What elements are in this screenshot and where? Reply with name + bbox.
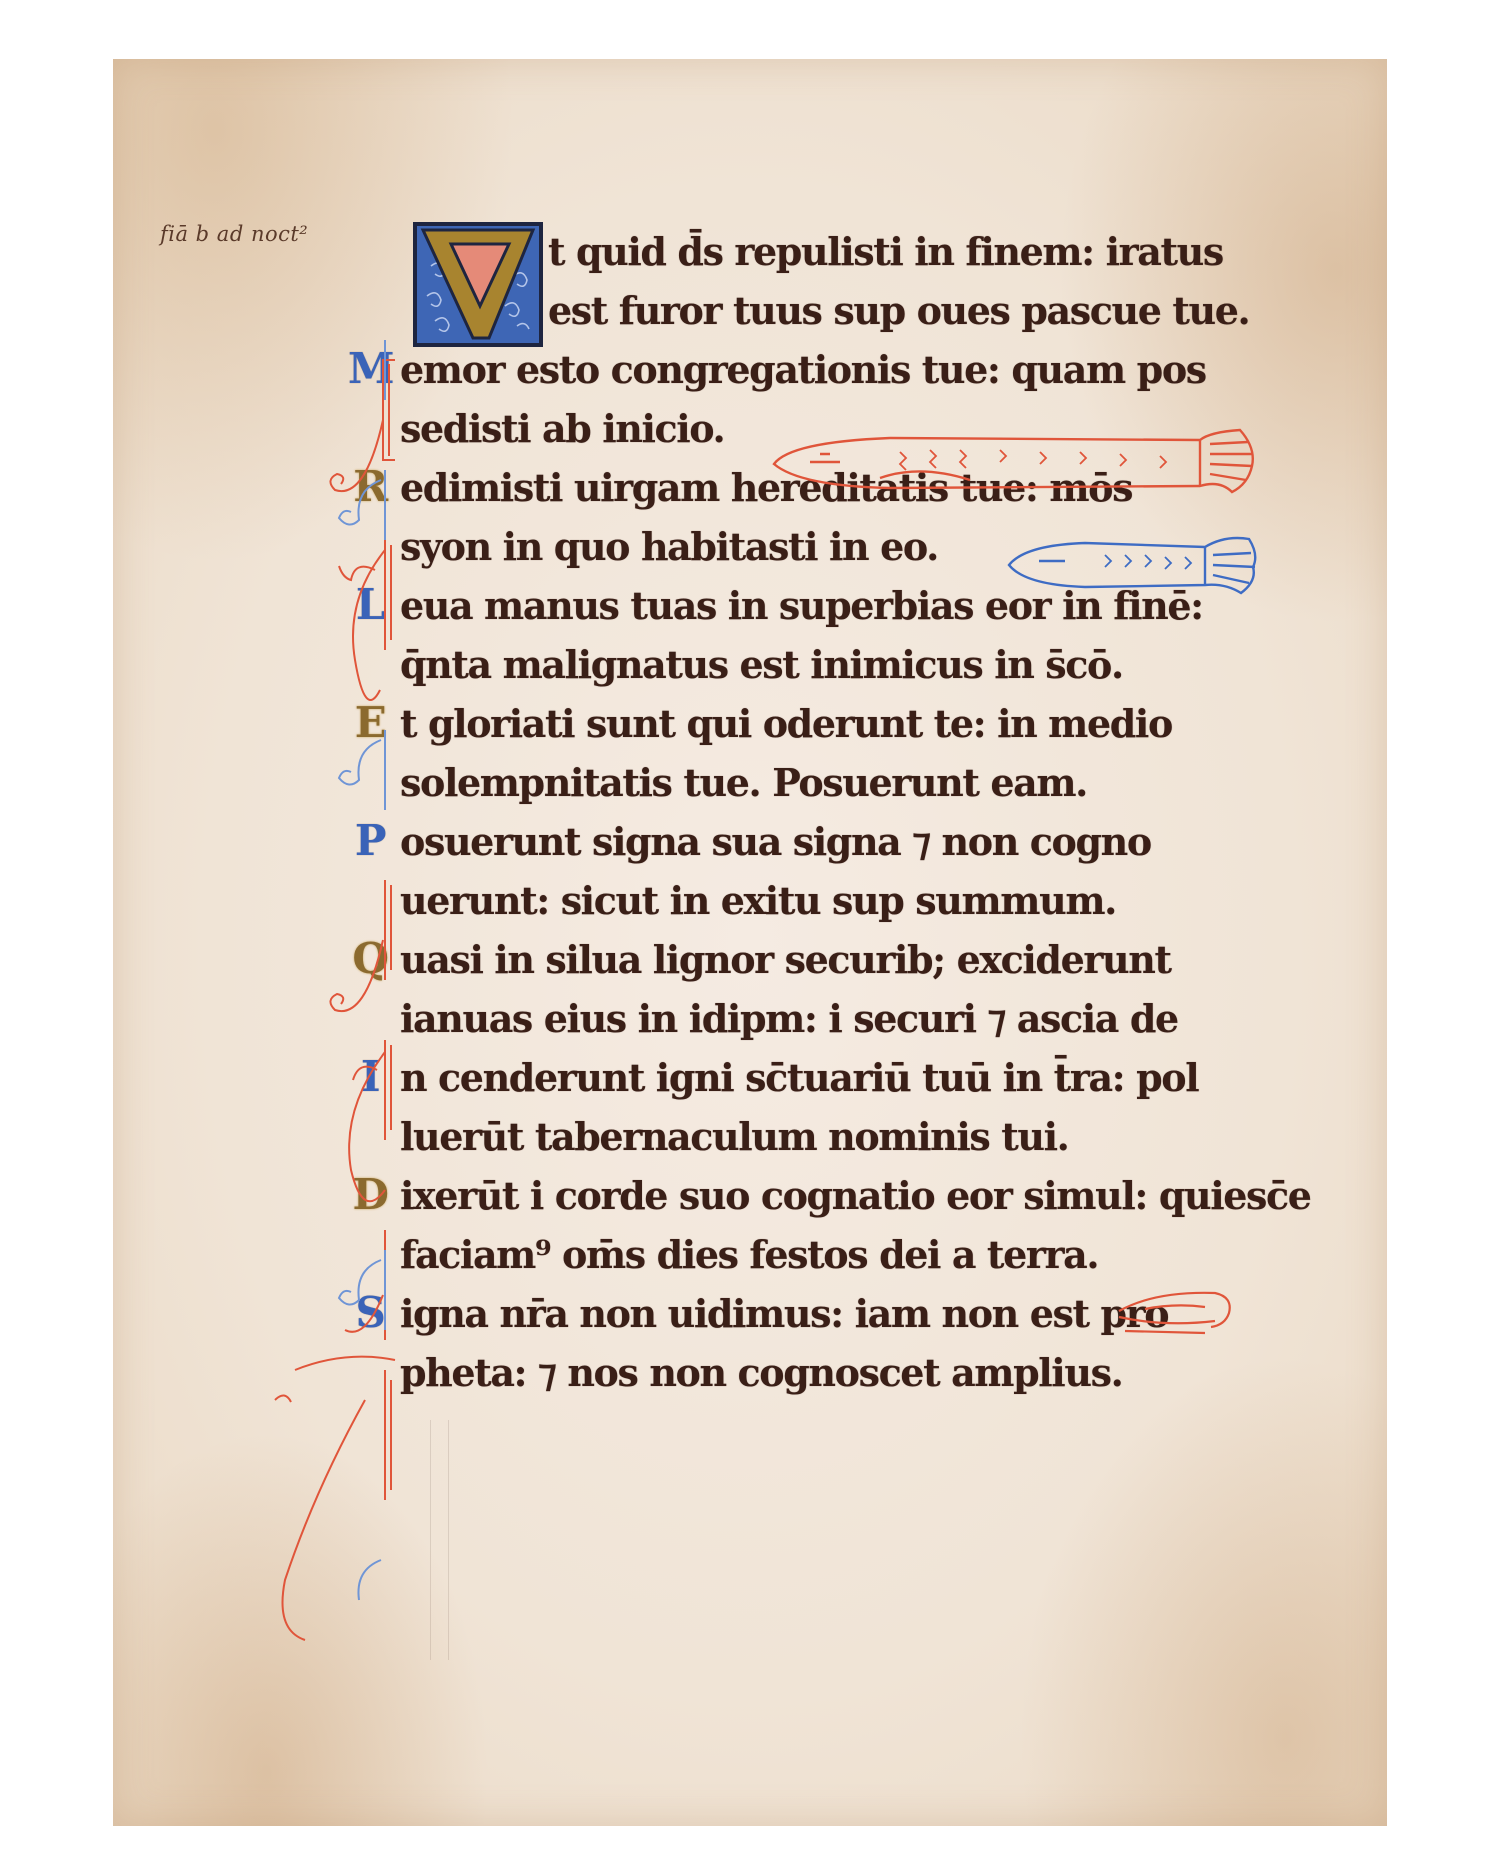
text-line: t quid d̄s repulisti in finem: iratus [400,222,1260,281]
text-line: uerunt: sicut in exitu sup summum. [400,871,1260,930]
text-line: solempnitatis tue. Posuerunt eam. [400,753,1260,812]
line-text: sedisti ab inicio. [400,406,724,451]
line-text: t quid d̄s repulisti in finem: iratus [548,229,1223,274]
line-text: osuerunt signa sua signa ⁊ non cogno [400,819,1151,864]
line-text: faciam⁹ om̄s dies festos dei a terra. [400,1232,1098,1277]
line-text: emor esto congregationis tue: quam pos [400,347,1206,392]
line-text: luerūt tabernaculum nominis tui. [400,1114,1068,1159]
red-fish-line-filler-icon [770,428,1260,498]
text-line: Et gloriati sunt qui oderunt te: in medi… [400,694,1260,753]
text-line: est furor tuus sup oues pascue tue. [400,281,1260,340]
text-line: luerūt tabernaculum nominis tui. [400,1107,1260,1166]
line-text: pheta: ⁊ nos non cognoscet amplius. [400,1350,1122,1395]
pen-flourish-border-icon [255,340,405,1650]
text-column: t quid d̄s repulisti in finem: iratus es… [400,222,1260,1402]
line-text: ixerūt i corde suo cognatio eor simul: q… [400,1173,1311,1218]
red-line-filler-icon [1115,1287,1235,1337]
text-line: Dixerūt i corde suo cognatio eor simul: … [400,1166,1260,1225]
line-text: uasi in silua lignor securib; exciderunt [400,937,1171,982]
line-text: solempnitatis tue. Posuerunt eam. [400,760,1087,805]
line-text: est furor tuus sup oues pascue tue. [548,288,1249,333]
text-line: Quasi in silua lignor securib; exciderun… [400,930,1260,989]
text-line: In cenderunt igni sc̄tuariū tuū in t̄ra:… [400,1048,1260,1107]
marginal-note: fiā b ad noct² [160,222,308,246]
ruling-line [430,1420,431,1660]
text-line: faciam⁹ om̄s dies festos dei a terra. [400,1225,1260,1284]
line-text: q̄nta malignatus est inimicus in s̄cō. [400,642,1123,687]
line-text: t gloriati sunt qui oderunt te: in medio [400,701,1172,746]
ruling-line [448,1420,449,1660]
text-line: ianuas eius in idipm: i securi ⁊ ascia d… [400,989,1260,1048]
line-text: syon in quo habitasti in eo. [400,524,938,569]
line-text: ianuas eius in idipm: i securi ⁊ ascia d… [400,996,1178,1041]
blue-fish-line-filler-icon [1005,535,1260,595]
text-line: Memor esto congregationis tue: quam pos [400,340,1260,399]
text-line: pheta: ⁊ nos non cognoscet amplius. [400,1343,1260,1402]
line-text: n cenderunt igni sc̄tuariū tuū in t̄ra: … [400,1055,1198,1100]
line-text: igna nr̄a non uidimus: iam non est pro [400,1291,1168,1336]
line-text: uerunt: sicut in exitu sup summum. [400,878,1116,923]
text-line: q̄nta malignatus est inimicus in s̄cō. [400,635,1260,694]
text-line: Posuerunt signa sua signa ⁊ non cogno [400,812,1260,871]
